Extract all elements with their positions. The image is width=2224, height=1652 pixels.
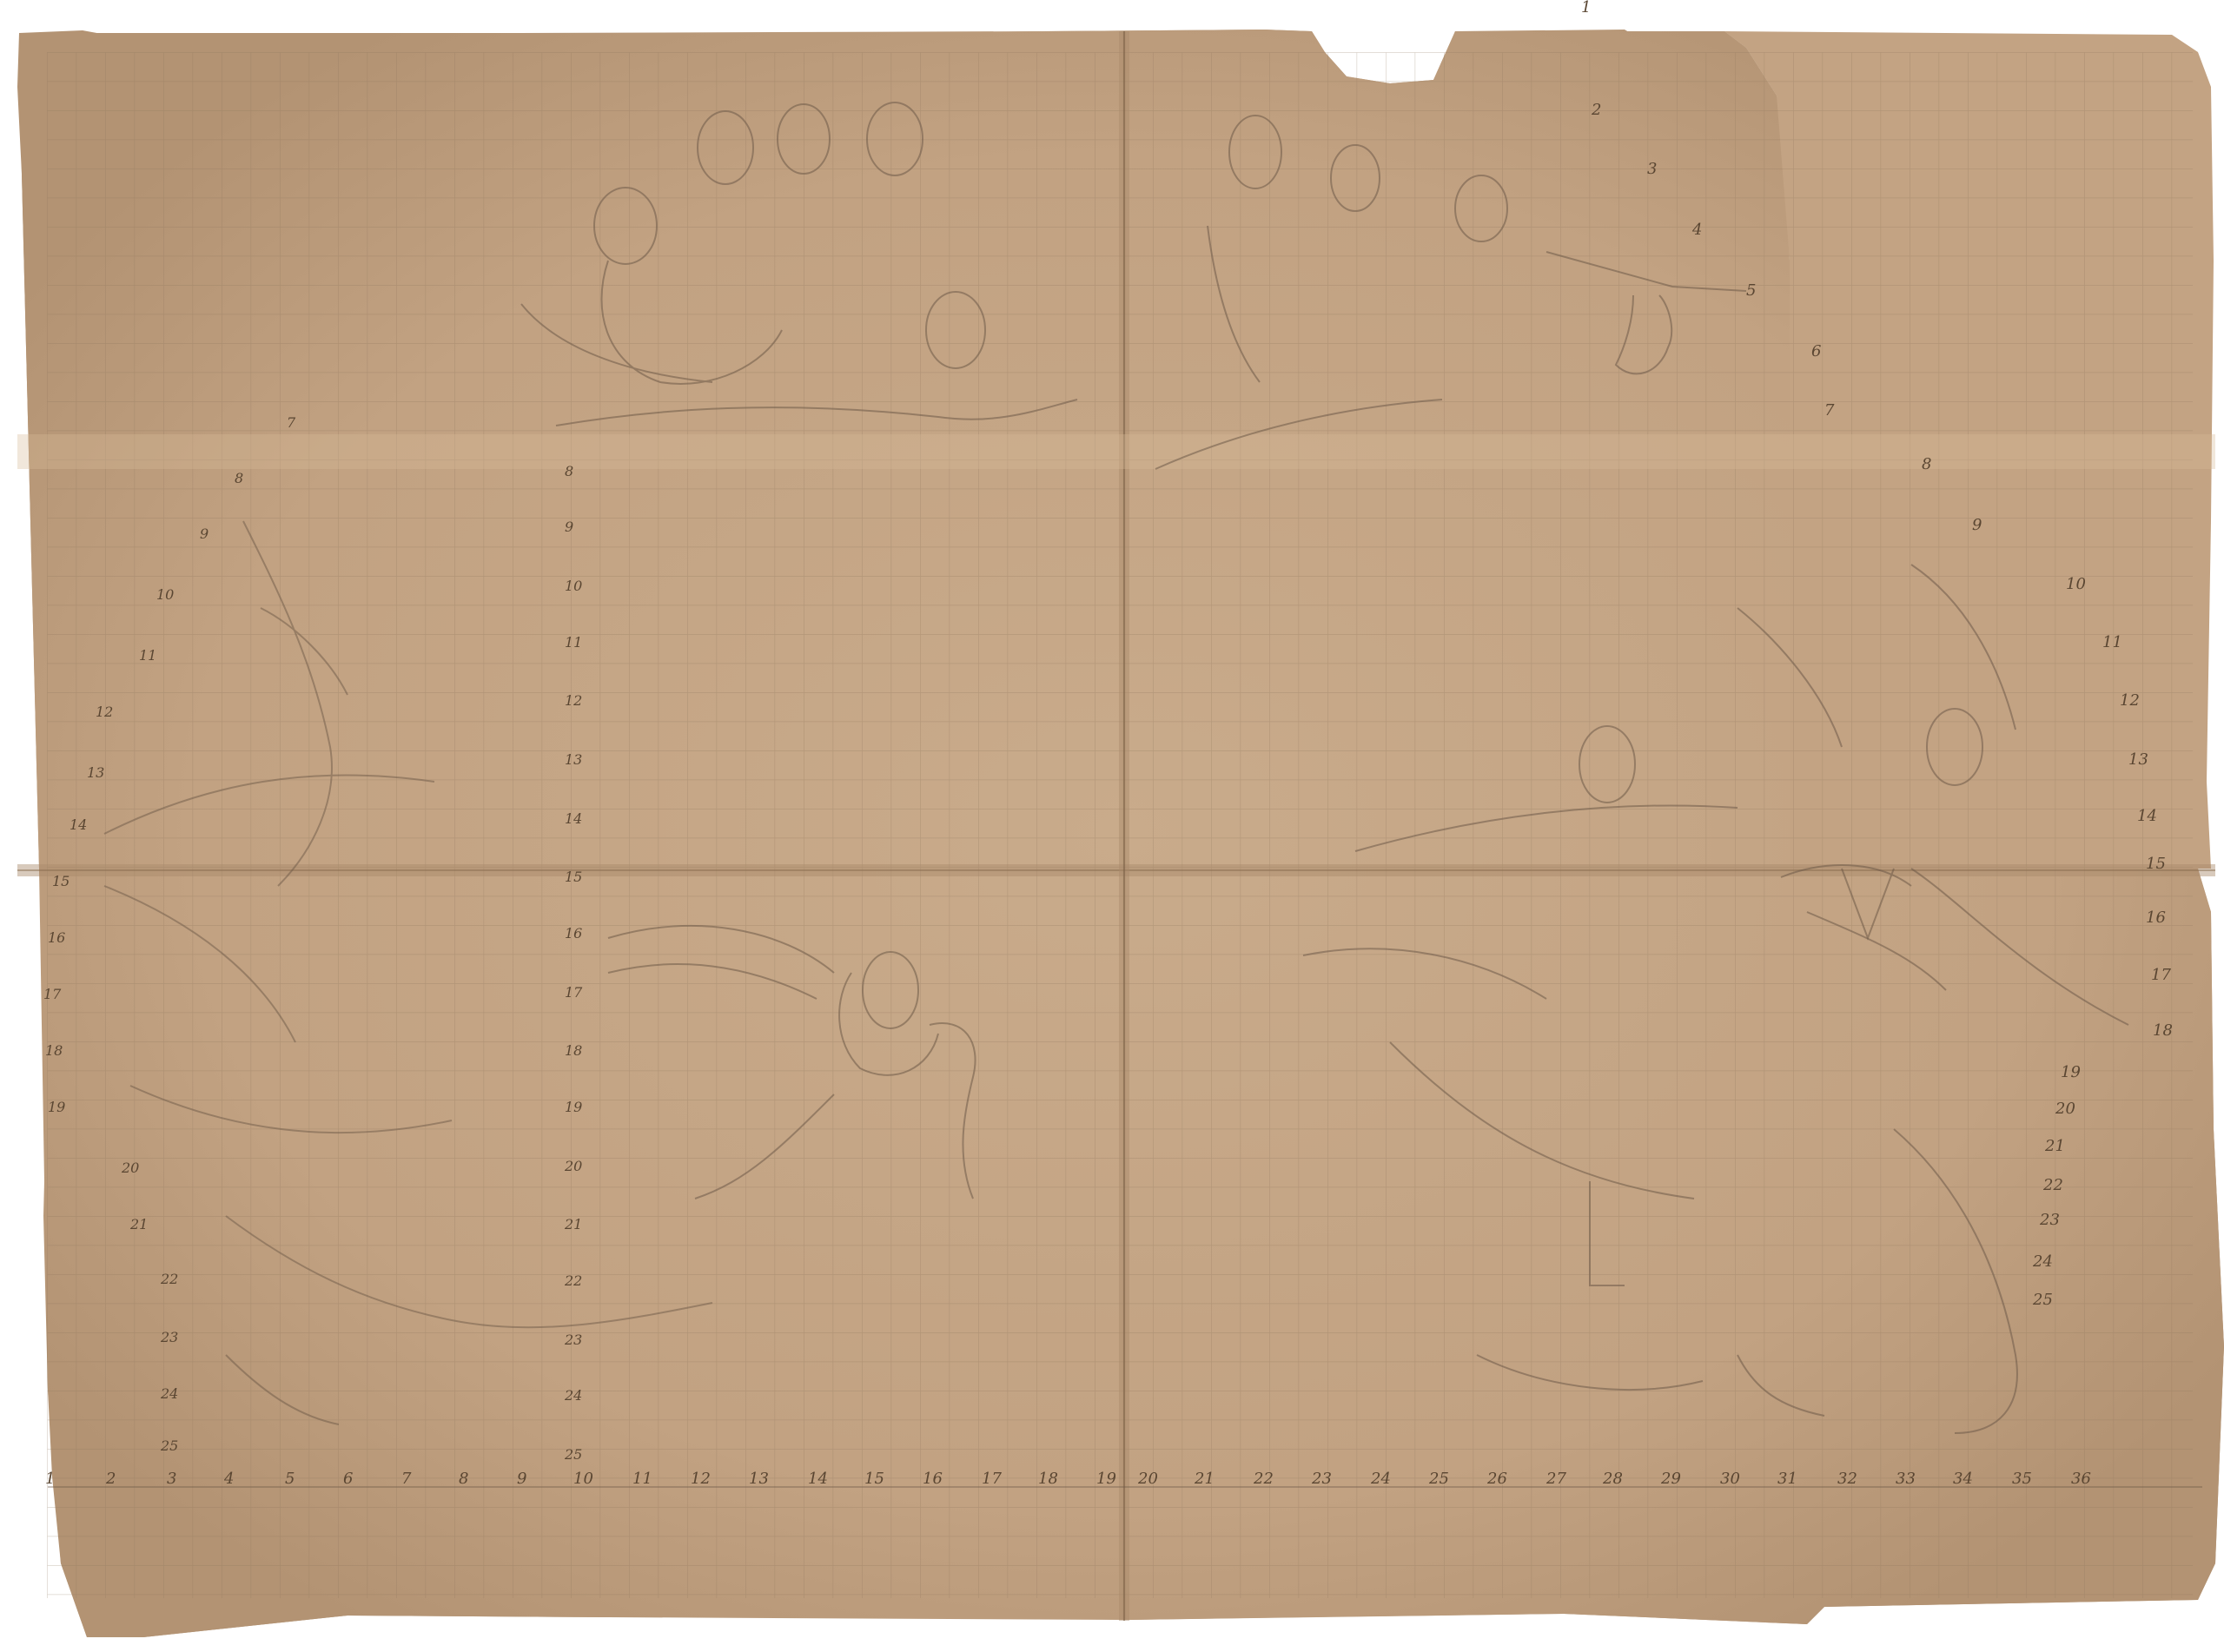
svg-text:34: 34 [1953, 1470, 1973, 1488]
svg-text:2: 2 [105, 1470, 116, 1488]
svg-text:20: 20 [2055, 1100, 2075, 1118]
drawing-canvas: 1 2 3 4 5 6 7 8 9 10 11 12 13 14 15 16 1… [0, 0, 2224, 1652]
svg-text:24: 24 [160, 1385, 178, 1402]
svg-text:10: 10 [156, 586, 174, 603]
svg-text:13: 13 [87, 764, 104, 781]
svg-text:36: 36 [2071, 1470, 2091, 1488]
svg-text:19: 19 [565, 1099, 582, 1115]
svg-text:15: 15 [52, 873, 69, 889]
svg-text:30: 30 [1720, 1470, 1740, 1488]
svg-text:20: 20 [121, 1160, 139, 1176]
svg-text:23: 23 [1311, 1470, 1332, 1488]
svg-text:21: 21 [564, 1216, 582, 1232]
svg-text:17: 17 [2151, 966, 2171, 984]
svg-text:25: 25 [1428, 1470, 1449, 1488]
svg-text:28: 28 [1602, 1470, 1623, 1488]
svg-text:17: 17 [43, 986, 62, 1002]
svg-text:8: 8 [235, 470, 243, 486]
svg-text:11: 11 [632, 1470, 652, 1488]
svg-text:29: 29 [1660, 1470, 1681, 1488]
svg-text:6: 6 [1811, 342, 1821, 360]
svg-text:22: 22 [1253, 1470, 1274, 1488]
svg-text:5: 5 [1746, 281, 1756, 300]
svg-text:17: 17 [565, 984, 583, 1001]
svg-text:10: 10 [565, 578, 582, 594]
svg-text:8: 8 [565, 463, 573, 479]
svg-text:1: 1 [45, 1470, 55, 1488]
svg-text:25: 25 [2032, 1291, 2053, 1309]
svg-text:22: 22 [2042, 1176, 2063, 1194]
svg-text:6: 6 [343, 1470, 353, 1488]
svg-text:12: 12 [2120, 691, 2140, 710]
svg-text:16: 16 [923, 1470, 943, 1488]
svg-text:11: 11 [2102, 633, 2122, 651]
svg-text:10: 10 [573, 1470, 593, 1488]
svg-text:16: 16 [48, 929, 65, 946]
svg-text:24: 24 [2032, 1252, 2053, 1271]
svg-text:11: 11 [565, 634, 582, 651]
svg-text:13: 13 [2128, 750, 2148, 769]
svg-text:9: 9 [200, 525, 208, 542]
svg-text:14: 14 [565, 810, 582, 827]
svg-text:21: 21 [2044, 1137, 2065, 1155]
svg-text:8: 8 [1922, 455, 1931, 473]
svg-text:8: 8 [459, 1470, 468, 1488]
svg-text:9: 9 [517, 1470, 526, 1488]
svg-text:3: 3 [1647, 160, 1657, 178]
svg-text:35: 35 [2012, 1470, 2032, 1488]
svg-text:26: 26 [1486, 1470, 1507, 1488]
svg-text:4: 4 [223, 1470, 234, 1488]
svg-text:18: 18 [45, 1042, 63, 1059]
svg-text:12: 12 [565, 692, 582, 709]
svg-text:1: 1 [1581, 0, 1591, 17]
svg-text:5: 5 [285, 1470, 295, 1488]
svg-text:7: 7 [401, 1470, 412, 1488]
svg-text:7: 7 [287, 414, 296, 431]
svg-text:7: 7 [1824, 401, 1835, 420]
svg-text:10: 10 [2066, 575, 2086, 593]
svg-text:23: 23 [564, 1332, 582, 1348]
svg-text:20: 20 [564, 1158, 582, 1174]
gridded-drawing-photo: 1 2 3 4 5 6 7 8 9 10 11 12 13 14 15 16 1… [0, 0, 2224, 1652]
svg-text:18: 18 [1038, 1470, 1058, 1488]
svg-text:13: 13 [749, 1470, 769, 1488]
svg-text:25: 25 [564, 1446, 582, 1463]
svg-text:33: 33 [1896, 1470, 1916, 1488]
svg-text:18: 18 [565, 1042, 582, 1059]
svg-text:21: 21 [129, 1216, 148, 1232]
svg-text:14: 14 [2137, 807, 2157, 825]
svg-text:21: 21 [1194, 1470, 1215, 1488]
svg-text:15: 15 [864, 1470, 884, 1488]
svg-text:16: 16 [2146, 909, 2166, 927]
svg-text:23: 23 [160, 1329, 178, 1345]
svg-text:3: 3 [167, 1470, 176, 1488]
svg-text:19: 19 [48, 1099, 65, 1115]
svg-text:18: 18 [2153, 1021, 2173, 1040]
svg-text:31: 31 [1777, 1470, 1797, 1488]
svg-text:11: 11 [139, 647, 156, 664]
svg-text:15: 15 [565, 869, 582, 885]
svg-text:9: 9 [1972, 516, 1982, 534]
svg-text:13: 13 [565, 751, 582, 768]
svg-text:19: 19 [1096, 1470, 1116, 1488]
svg-text:14: 14 [69, 816, 87, 833]
svg-text:15: 15 [2146, 855, 2166, 873]
svg-text:25: 25 [160, 1437, 178, 1454]
svg-text:32: 32 [1837, 1470, 1857, 1488]
svg-text:22: 22 [160, 1271, 178, 1287]
svg-text:4: 4 [1691, 221, 1702, 239]
svg-text:16: 16 [565, 925, 582, 942]
svg-text:12: 12 [96, 704, 113, 720]
svg-text:22: 22 [564, 1272, 582, 1289]
svg-text:17: 17 [982, 1470, 1002, 1488]
svg-text:19: 19 [2061, 1063, 2081, 1081]
svg-text:9: 9 [565, 519, 573, 535]
svg-text:20: 20 [1137, 1470, 1158, 1488]
svg-text:24: 24 [1370, 1470, 1391, 1488]
svg-text:27: 27 [1546, 1470, 1566, 1488]
svg-text:12: 12 [691, 1470, 711, 1488]
svg-text:24: 24 [564, 1387, 582, 1404]
svg-text:14: 14 [808, 1470, 828, 1488]
svg-text:2: 2 [1591, 101, 1601, 119]
svg-text:23: 23 [2039, 1211, 2060, 1229]
